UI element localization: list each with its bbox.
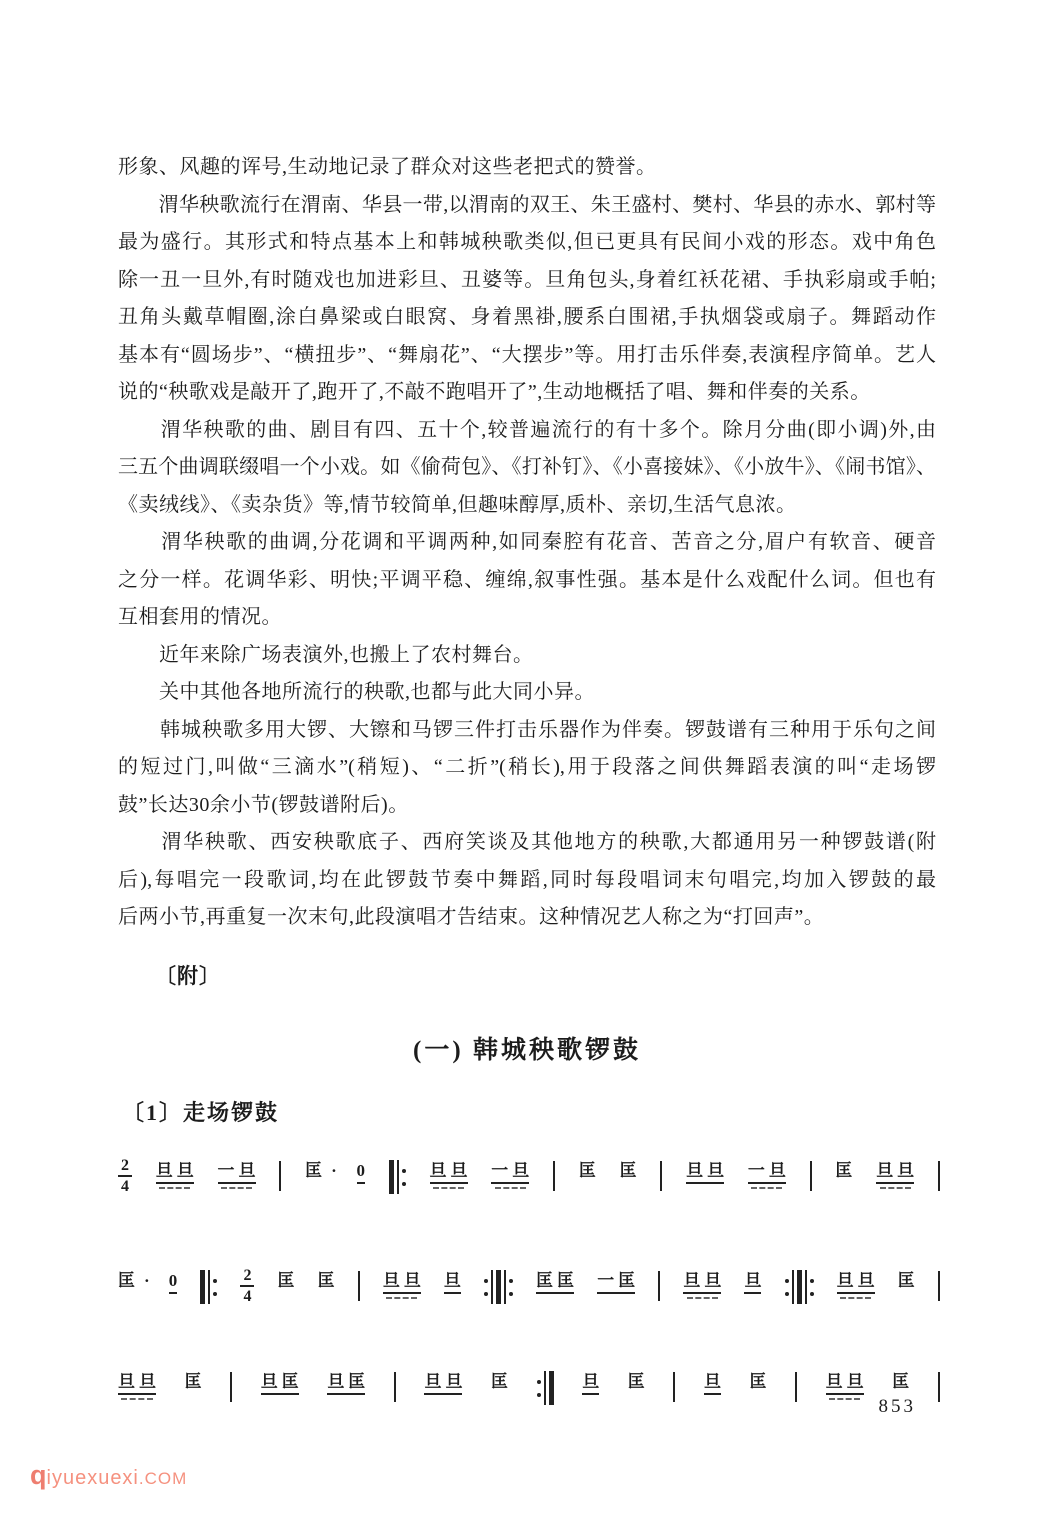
score-note: 一旦 xyxy=(748,1160,786,1189)
score-note: 匡 xyxy=(620,1160,637,1181)
beam-underline-2 xyxy=(880,1187,911,1189)
text-line: 的短过门,叫做“三滴水”(稍短)、“二折”(稍长),用于段落之间供舞蹈表演的叫“… xyxy=(118,749,936,787)
score-note: 匡 xyxy=(185,1371,202,1392)
text-line: 渭华秧歌、西安秧歌底子、西府笑谈及其他地方的秧歌,大都通用另一种锣鼓谱(附 xyxy=(118,824,936,862)
text-line: 最为盛行。其形式和特点基本上和韩城秧歌类似,但已更具有民间小戏的形态。戏中角色 xyxy=(118,224,936,262)
score-note: 一旦 xyxy=(218,1160,256,1189)
repeat-dots xyxy=(810,1279,814,1296)
score-note: 旦旦 xyxy=(837,1270,875,1299)
score-line: 24旦旦一旦匡·0旦旦一旦匡匡旦旦一旦匡旦旦 xyxy=(118,1160,940,1194)
beam-underline-2 xyxy=(121,1398,152,1400)
beam-underline xyxy=(582,1393,599,1395)
score-note: 旦 xyxy=(704,1371,721,1395)
article: 形象、风趣的诨号,生动地记录了群众对这些老把式的赞誉。 渭华秧歌流行在渭南、华县… xyxy=(118,149,936,937)
barline xyxy=(660,1161,662,1191)
score-note: 匡 xyxy=(628,1371,645,1392)
score-note: 旦旦 xyxy=(686,1160,724,1184)
beam-underline-2 xyxy=(386,1297,417,1299)
score-rest: 0 xyxy=(169,1270,178,1294)
repeat-dots xyxy=(213,1279,217,1296)
barline xyxy=(358,1271,360,1301)
watermark-lead: q xyxy=(30,1460,47,1490)
score-note: 旦旦 xyxy=(118,1371,156,1400)
beam-underline xyxy=(826,1393,864,1395)
barline xyxy=(810,1161,812,1191)
score-note: 旦旦 xyxy=(876,1160,914,1189)
score-note: 旦旦 xyxy=(156,1160,194,1189)
beam-underline xyxy=(218,1182,256,1184)
score-note: 匡· xyxy=(305,1160,333,1181)
barline xyxy=(673,1372,675,1402)
beam-underline xyxy=(536,1292,574,1294)
watermark-body: iyuexuexi xyxy=(47,1467,139,1489)
score-line: 旦旦匡旦匡旦匡旦旦匡旦匡旦匡旦旦匡 xyxy=(118,1371,940,1405)
score-note: 一旦 xyxy=(491,1160,529,1189)
beam-underline-2 xyxy=(751,1187,782,1189)
text-line: 后两小节,再重复一次末句,此段演唱才告结束。这种情况艺人称之为“打回声”。 xyxy=(118,899,936,937)
beam-underline xyxy=(327,1393,365,1395)
beam-underline xyxy=(118,1393,156,1395)
repeat-sign xyxy=(389,1160,406,1194)
repeat-dots xyxy=(537,1380,541,1397)
text-line: 《卖绒线》、《卖杂货》等,情节较简单,但趣味醇厚,质朴、亲切,生活气息浓。 xyxy=(118,487,936,525)
beam-underline-2 xyxy=(221,1187,252,1189)
barline xyxy=(279,1161,281,1191)
beam-underline xyxy=(597,1292,635,1294)
score-note: 旦 xyxy=(744,1270,761,1294)
score-note: 匡 xyxy=(892,1371,909,1392)
beam-underline xyxy=(261,1393,299,1395)
text-line: 后),每唱完一段歌词,均在此锣鼓节奏中舞蹈,同时每段唱词末句唱完,均加入锣鼓的最 xyxy=(118,862,936,900)
score-note: 旦旦 xyxy=(430,1160,468,1189)
text-line: 三五个曲调联缀唱一个小戏。如《偷荷包》、《打补钉》、《小喜接妹》、《小放牛》、《… xyxy=(118,449,936,487)
time-signature: 24 xyxy=(118,1158,132,1194)
barline xyxy=(795,1372,797,1402)
beam-underline xyxy=(156,1182,194,1184)
score-note: 匡· xyxy=(118,1270,146,1291)
text-line: 韩城秧歌多用大锣、大镲和马锣三件打击乐器作为伴奏。锣鼓谱有三种用于乐句之间 xyxy=(118,712,936,750)
beam-underline xyxy=(686,1182,724,1184)
watermark: qiyuexuexi.COM xyxy=(30,1460,187,1491)
repeat-dots xyxy=(402,1169,406,1186)
beam-underline-2 xyxy=(829,1398,860,1400)
score-note: 旦 xyxy=(582,1371,599,1395)
repeat-sign xyxy=(537,1371,554,1405)
text-line: 互相套用的情况。 xyxy=(118,599,936,637)
score-note: 匡 xyxy=(898,1270,915,1291)
text-line: 渭华秧歌的曲调,分花调和平调两种,如同秦腔有花音、苦音之分,眉户有软音、硬音 xyxy=(118,524,936,562)
barline xyxy=(658,1271,660,1301)
text-line: 丑角头戴草帽圈,涂白鼻梁或白眼窝、身着黑褂,腰系白围裙,手执烟袋或扇子。舞蹈动作 xyxy=(118,299,936,337)
beam-underline-2 xyxy=(495,1187,526,1189)
score-note: 匡 xyxy=(278,1270,295,1291)
section-title: (一) 韩城秧歌锣鼓 xyxy=(118,1030,936,1066)
text-line: 基本有“圆场步”、“横扭步”、“舞扇花”、“大摆步”等。用打击乐伴奏,表演程序简… xyxy=(118,337,936,375)
page-number: 853 xyxy=(879,1396,917,1418)
beam-underline-2 xyxy=(159,1187,190,1189)
barline xyxy=(394,1372,396,1402)
score-note: 旦旦 xyxy=(683,1270,721,1299)
beam-underline xyxy=(491,1182,529,1184)
score-note: 匡匡 xyxy=(536,1270,574,1294)
score-note: 匡 xyxy=(835,1160,852,1181)
beam-underline xyxy=(383,1292,421,1294)
score-note: 旦旦 xyxy=(826,1371,864,1400)
text-line: 近年来除广场表演外,也搬上了农村舞台。 xyxy=(118,637,936,675)
score-note: 旦匡 xyxy=(327,1371,365,1395)
augmentation-dot: · xyxy=(144,1271,150,1290)
text-line: 形象、风趣的诨号,生动地记录了群众对这些老把式的赞誉。 xyxy=(118,149,936,187)
score-note: 旦 xyxy=(444,1270,461,1294)
text-line: 渭华秧歌流行在渭南、华县一带,以渭南的双王、朱王盛村、樊村、华县的赤水、郭村等 xyxy=(118,187,936,225)
subsection-title: 〔1〕走场锣鼓 xyxy=(122,1096,279,1127)
beam-underline-2 xyxy=(840,1297,871,1299)
beam-underline xyxy=(683,1292,721,1294)
beam-underline-2 xyxy=(687,1297,718,1299)
beam-underline xyxy=(424,1393,462,1395)
score-note: 匡 xyxy=(318,1270,335,1291)
beam-underline xyxy=(704,1393,721,1395)
barline xyxy=(938,1271,940,1301)
score-note: 匡 xyxy=(491,1371,508,1392)
score-rest: 0 xyxy=(357,1160,366,1184)
barline xyxy=(938,1372,940,1402)
score-note: 旦匡 xyxy=(261,1371,299,1395)
repeat-sign xyxy=(785,1270,814,1304)
text-line: 除一丑一旦外,有时随戏也加进彩旦、丑婆等。旦角包头,身着红袄花裙、手执彩扇或手帕… xyxy=(118,262,936,300)
beam-underline xyxy=(837,1292,875,1294)
beam-underline xyxy=(444,1292,461,1294)
text-line: 渭华秧歌的曲、剧目有四、五十个,较普遍流行的有十多个。除月分曲(即小调)外,由 xyxy=(118,412,936,450)
beam-underline-2 xyxy=(433,1187,464,1189)
beam-underline xyxy=(169,1292,178,1294)
score-note: 匡 xyxy=(579,1160,596,1181)
beam-underline xyxy=(357,1182,366,1184)
text-line: 鼓”长达30余小节(锣鼓谱附后)。 xyxy=(118,787,936,825)
appendix-label: 〔附〕 xyxy=(155,960,221,990)
watermark-tld: .COM xyxy=(139,1469,187,1488)
barline xyxy=(553,1161,555,1191)
text-line: 关中其他各地所流行的秧歌,也都与此大同小异。 xyxy=(118,674,936,712)
book-page: 形象、风趣的诨号,生动地记录了群众对这些老把式的赞誉。 渭华秧歌流行在渭南、华县… xyxy=(0,0,1054,1514)
repeat-dots xyxy=(509,1279,513,1296)
repeat-dots xyxy=(484,1279,488,1296)
text-line: 之分一样。花调华彩、明快;平调平稳、缠绵,叙事性强。基本是什么戏配什么词。但也有 xyxy=(118,562,936,600)
repeat-sign xyxy=(200,1270,217,1304)
augmentation-dot: · xyxy=(331,1161,337,1180)
time-signature: 24 xyxy=(240,1268,254,1304)
text-line: 说的“秧歌戏是敲开了,跑开了,不敲不跑唱开了”,生动地概括了唱、舞和伴奏的关系。 xyxy=(118,374,936,412)
barline xyxy=(230,1372,232,1402)
beam-underline xyxy=(430,1182,468,1184)
beam-underline xyxy=(744,1292,761,1294)
barline xyxy=(938,1161,940,1191)
score-note: 旦旦 xyxy=(424,1371,462,1395)
beam-underline xyxy=(876,1182,914,1184)
score-note: 一匡 xyxy=(597,1270,635,1294)
score-line: 匡·024匡匡旦旦旦匡匡一匡旦旦旦旦旦匡 xyxy=(118,1270,940,1304)
repeat-dots xyxy=(785,1279,789,1296)
score-note: 匡 xyxy=(750,1371,767,1392)
repeat-sign xyxy=(484,1270,513,1304)
score-note: 旦旦 xyxy=(383,1270,421,1299)
beam-underline xyxy=(748,1182,786,1184)
